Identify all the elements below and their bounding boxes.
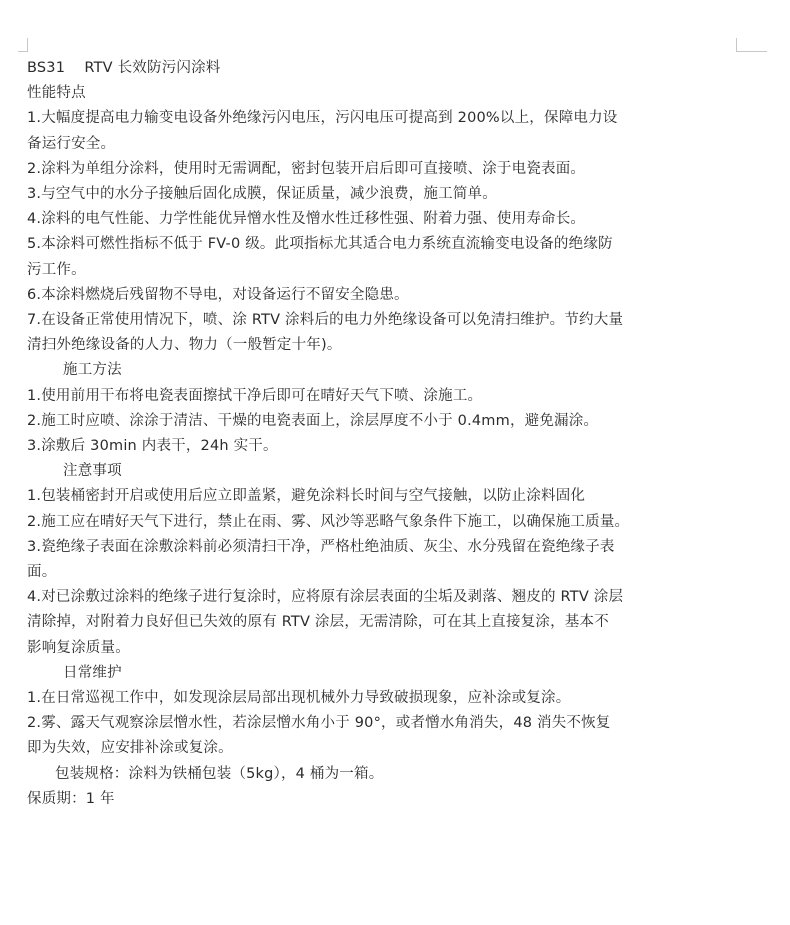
features-line: 污工作。 — [27, 258, 747, 283]
precautions-line: 影响复涂质量。 — [27, 636, 747, 661]
precautions-line: 面。 — [27, 560, 747, 585]
maintenance-line: 1.在日常巡视工作中，如发现涂层局部出现机械外力导致破损现象，应补涂或复涂。 — [27, 686, 747, 711]
construction-line: 1.使用前用干布将电瓷表面擦拭干净后即可在晴好天气下喷、涂施工。 — [27, 384, 747, 409]
shelf-life: 保质期：1 年 — [27, 787, 747, 812]
precautions-line: 清除掉，对附着力良好但已失效的原有 RTV 涂层，无需清除，可在其上直接复涂，基… — [27, 610, 747, 635]
section-heading-maintenance: 日常维护 — [27, 661, 747, 686]
document-title: BS31 RTV 长效防污闪涂料 — [27, 56, 747, 81]
page-corner-mark-right — [736, 38, 767, 52]
features-line: 清扫外绝缘设备的人力、物力（一般暂定十年)。 — [27, 333, 747, 358]
construction-line: 2.施工时应喷、涂涂于清洁、干燥的电瓷表面上，涂层厚度不小于 0.4mm，避免漏… — [27, 409, 747, 434]
features-line: 3.与空气中的水分子接触后固化成膜，保证质量，减少浪费，施工简单。 — [27, 182, 747, 207]
maintenance-line: 即为失效，应安排补涂或复涂。 — [27, 736, 747, 761]
section-heading-features: 性能特点 — [27, 81, 747, 106]
features-line: 5.本涂料可燃性指标不低于 FV-0 级。此项指标尤其适合电力系统直流输变电设备… — [27, 232, 747, 257]
features-line: 6.本涂料燃烧后残留物不导电，对设备运行不留安全隐患。 — [27, 283, 747, 308]
features-line: 1.大幅度提高电力输变电设备外绝缘污闪电压，污闪电压可提高到 200%以上，保障… — [27, 106, 747, 131]
features-line: 4.涂料的电气性能、力学性能优异憎水性及憎水性迁移性强、附着力强、使用寿命长。 — [27, 207, 747, 232]
features-line: 备运行安全。 — [27, 132, 747, 157]
page-corner-mark-left — [18, 38, 28, 52]
section-heading-construction: 施工方法 — [27, 358, 747, 383]
precautions-line: 3.瓷绝缘子表面在涂敷涂料前必须清扫干净，严格杜绝油质、灰尘、水分残留在瓷绝缘子… — [27, 535, 747, 560]
features-line: 7.在设备正常使用情况下，喷、涂 RTV 涂料后的电力外绝缘设备可以免清扫维护。… — [27, 308, 747, 333]
maintenance-line: 2.雾、露天气观察涂层憎水性，若涂层憎水角小于 90°，或者憎水角消失，48 消… — [27, 711, 747, 736]
packaging-spec: 包装规格：涂料为铁桶包装（5kg），4 桶为一箱。 — [27, 762, 747, 787]
precautions-line: 2.施工应在晴好天气下进行，禁止在雨、雾、风沙等恶略气象条件下施工，以确保施工质… — [27, 510, 747, 535]
document-page: BS31 RTV 长效防污闪涂料 性能特点 1.大幅度提高电力输变电设备外绝缘污… — [27, 56, 747, 812]
precautions-line: 1.包装桶密封开启或使用后应立即盖紧，避免涂料长时间与空气接触，以防止涂料固化 — [27, 484, 747, 509]
construction-line: 3.涂敷后 30min 内表干，24h 实干。 — [27, 434, 747, 459]
section-heading-precautions: 注意事项 — [27, 459, 747, 484]
precautions-line: 4.对已涂敷过涂料的绝缘子进行复涂时，应将原有涂层表面的尘垢及剥落、翘皮的 RT… — [27, 585, 747, 610]
features-line: 2.涂料为单组分涂料，使用时无需调配，密封包装开启后即可直接喷、涂于电瓷表面。 — [27, 157, 747, 182]
